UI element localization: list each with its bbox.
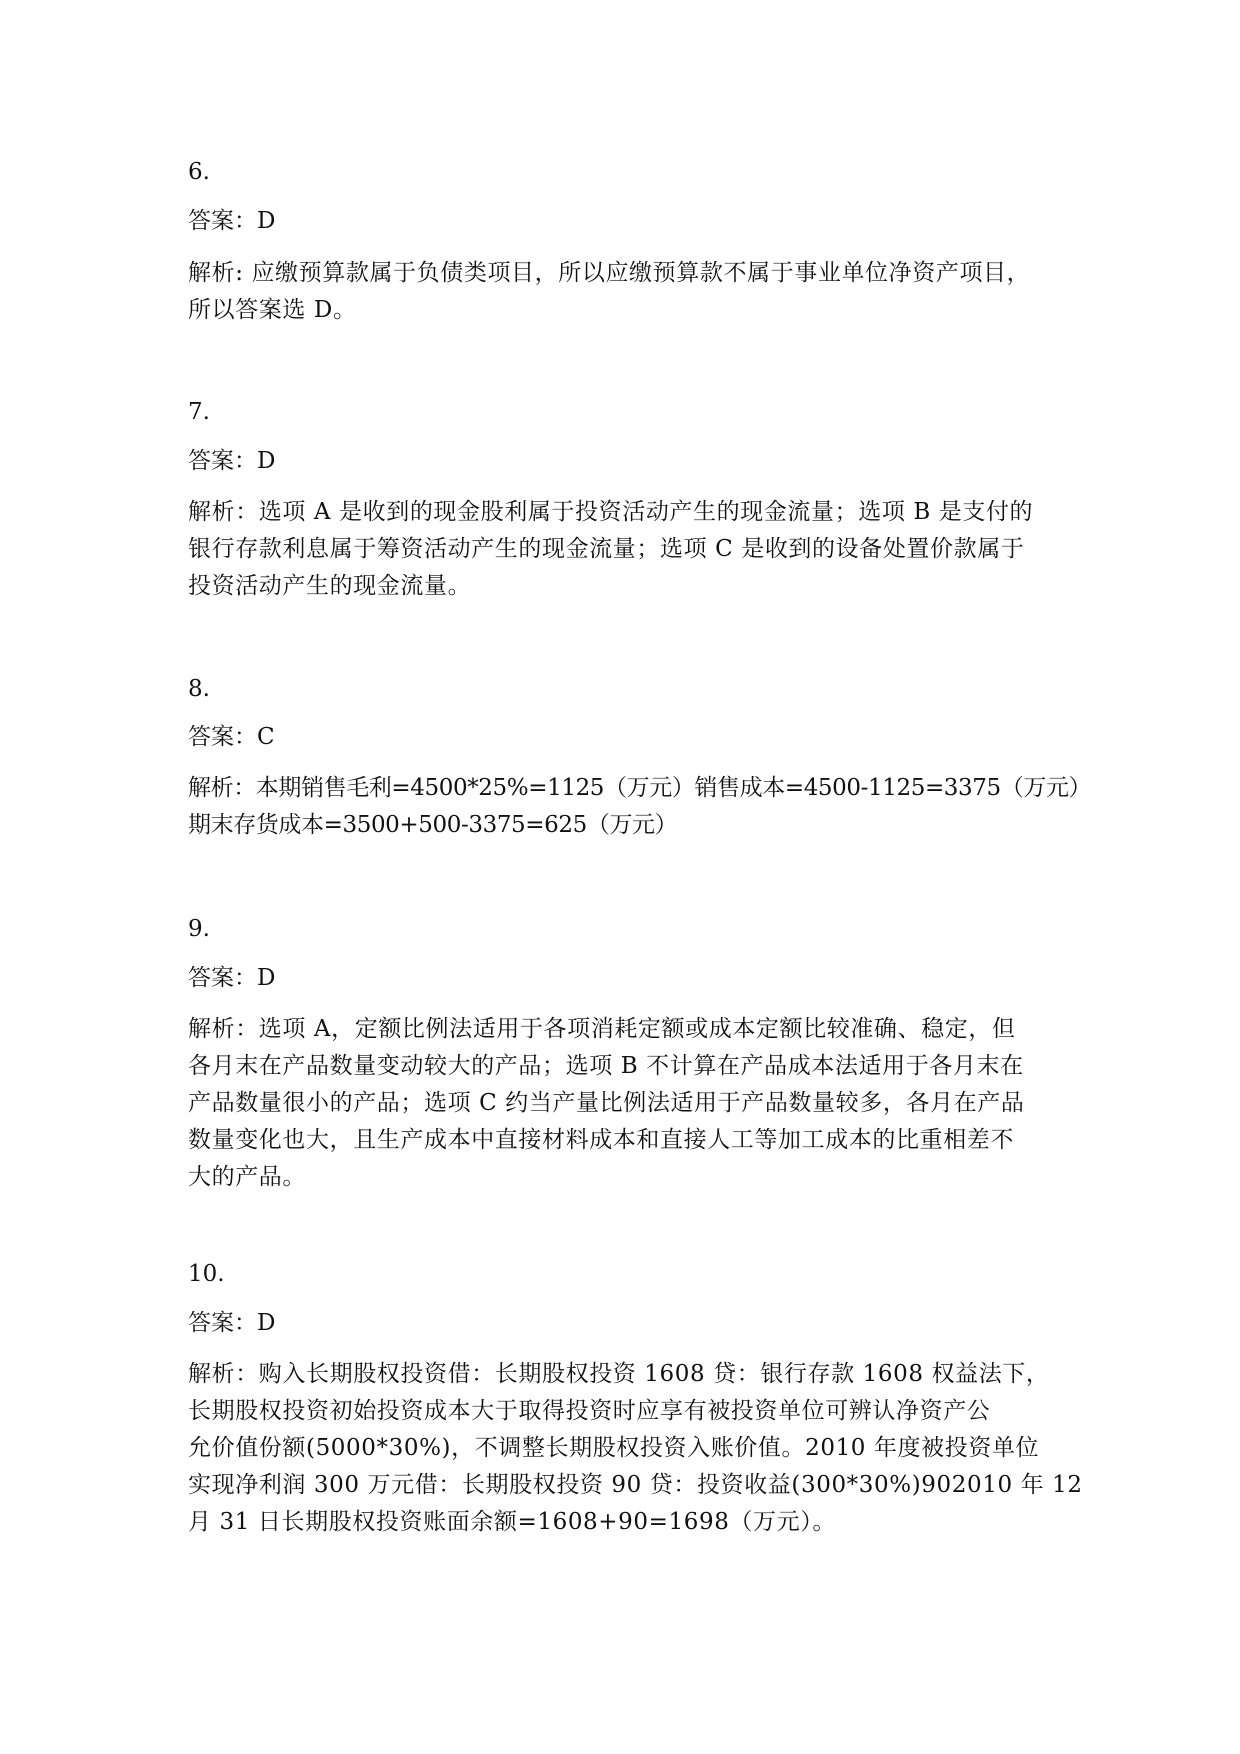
question-number: 9. xyxy=(188,914,210,944)
analysis-line: 长期股权投资初始投资成本大于取得投资时应享有被投资单位可辨认净资产公 xyxy=(188,1393,1068,1430)
question-number: 7. xyxy=(188,397,210,427)
analysis-line: 所以答案选 D。 xyxy=(188,292,1068,329)
analysis-line: 解析：选项 A 是收到的现金股利属于投资活动产生的现金流量；选项 B 是支付的 xyxy=(188,494,1068,531)
answer-line: 答案：C xyxy=(188,722,275,752)
analysis-text: 解析：选项 A，定额比例法适用于各项消耗定额或成本定额比较准确、稳定，但 各月末… xyxy=(188,1011,1068,1196)
analysis-line: 大的产品。 xyxy=(188,1159,1068,1196)
analysis-line: 产品数量很小的产品；选项 C 约当产量比例法适用于产品数量较多，各月在产品 xyxy=(188,1085,1068,1122)
analysis-line: 解析：本期销售毛利=4500*25%=1125（万元）销售成本=4500-112… xyxy=(188,770,1068,807)
analysis-line: 解析：选项 A，定额比例法适用于各项消耗定额或成本定额比较准确、稳定，但 xyxy=(188,1011,1068,1048)
question-number: 8. xyxy=(188,674,210,704)
analysis-line: 各月末在产品数量变动较大的产品；选项 B 不计算在产品成本法适用于各月末在 xyxy=(188,1048,1068,1085)
analysis-line: 解析: 应缴预算款属于负债类项目，所以应缴预算款不属于事业单位净资产项目， xyxy=(188,255,1068,292)
answer-line: 答案：D xyxy=(188,963,275,993)
analysis-text: 解析：选项 A 是收到的现金股利属于投资活动产生的现金流量；选项 B 是支付的 … xyxy=(188,494,1068,605)
analysis-text: 解析：本期销售毛利=4500*25%=1125（万元）销售成本=4500-112… xyxy=(188,770,1068,844)
analysis-line: 投资活动产生的现金流量。 xyxy=(188,568,1068,605)
answer-line: 答案：D xyxy=(188,446,275,476)
analysis-line: 期末存货成本=3500+500-3375=625（万元） xyxy=(188,807,1068,844)
answer-line: 答案：D xyxy=(188,206,275,236)
analysis-line: 银行存款利息属于筹资活动产生的现金流量；选项 C 是收到的设备处置价款属于 xyxy=(188,531,1068,568)
question-number: 6. xyxy=(188,157,210,187)
analysis-line: 数量变化也大，且生产成本中直接材料成本和直接人工等加工成本的比重相差不 xyxy=(188,1122,1068,1159)
analysis-text: 解析: 应缴预算款属于负债类项目，所以应缴预算款不属于事业单位净资产项目， 所以… xyxy=(188,255,1068,329)
analysis-line: 允价值份额(5000*30%)，不调整长期股权投资入账价值。2010 年度被投资… xyxy=(188,1430,1068,1467)
analysis-text: 解析：购入长期股权投资借：长期股权投资 1608 贷：银行存款 1608 权益法… xyxy=(188,1356,1068,1541)
analysis-line: 实现净利润 300 万元借：长期股权投资 90 贷：投资收益(300*30%)9… xyxy=(188,1467,1068,1504)
question-number: 10. xyxy=(188,1259,225,1289)
analysis-line: 月 31 日长期股权投资账面余额=1608+90=1698（万元）。 xyxy=(188,1504,1068,1541)
answer-line: 答案：D xyxy=(188,1308,275,1338)
analysis-line: 解析：购入长期股权投资借：长期股权投资 1608 贷：银行存款 1608 权益法… xyxy=(188,1356,1068,1393)
